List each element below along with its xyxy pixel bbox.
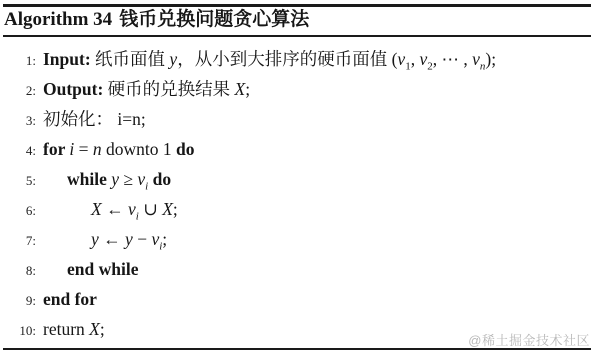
line-number: 9: bbox=[3, 286, 36, 316]
algorithm-box: Algorithm 34钱币兑换问题贪心算法 1:Input: 纸币面值 y，从… bbox=[3, 4, 591, 350]
algorithm-label: Algorithm 34 bbox=[4, 9, 112, 30]
line-content: X ← vi ∪ X; bbox=[43, 194, 178, 224]
line-number: 8: bbox=[3, 256, 36, 286]
line-content: end while bbox=[43, 254, 138, 284]
line-content: y ← y − vi; bbox=[43, 224, 167, 254]
line-number: 10: bbox=[3, 316, 36, 346]
algorithm-line-6: 6:X ← vi ∪ X; bbox=[3, 194, 591, 224]
algorithm-body: 1:Input: 纸币面值 y，从小到大排序的硬币面值 (v1, v2, ⋯ ,… bbox=[3, 37, 591, 350]
algorithm-line-9: 9:end for bbox=[3, 284, 591, 314]
algorithm-line-2: 2:Output: 硬币的兑换结果 X; bbox=[3, 74, 591, 104]
algorithm-line-5: 5:while y ≥ vi do bbox=[3, 164, 591, 194]
line-number: 4: bbox=[3, 136, 36, 166]
line-content: 初始化： i=n; bbox=[43, 104, 146, 134]
line-number: 2: bbox=[3, 76, 36, 106]
line-content: for i = n downto 1 do bbox=[43, 134, 195, 164]
line-number: 6: bbox=[3, 196, 36, 226]
line-number: 3: bbox=[3, 106, 36, 136]
algorithm-line-4: 4:for i = n downto 1 do bbox=[3, 134, 591, 164]
line-content: Output: 硬币的兑换结果 X; bbox=[43, 74, 250, 104]
algorithm-line-7: 7:y ← y − vi; bbox=[3, 224, 591, 254]
watermark: @稀土掘金技术社区 bbox=[468, 330, 590, 349]
algorithm-line-3: 3:初始化： i=n; bbox=[3, 104, 591, 134]
line-content: Input: 纸币面值 y，从小到大排序的硬币面值 (v1, v2, ⋯ , v… bbox=[43, 44, 496, 74]
algorithm-header: Algorithm 34钱币兑换问题贪心算法 bbox=[3, 4, 591, 37]
algorithm-line-1: 1:Input: 纸币面值 y，从小到大排序的硬币面值 (v1, v2, ⋯ ,… bbox=[3, 44, 591, 74]
line-content: return X; bbox=[43, 314, 105, 344]
line-number: 7: bbox=[3, 226, 36, 256]
algorithm-line-8: 8:end while bbox=[3, 254, 591, 284]
algorithm-title: 钱币兑换问题贪心算法 bbox=[119, 9, 309, 30]
line-content: while y ≥ vi do bbox=[43, 164, 171, 194]
algorithm-figure: Algorithm 34钱币兑换问题贪心算法 1:Input: 纸币面值 y，从… bbox=[0, 0, 595, 360]
line-number: 1: bbox=[3, 46, 36, 76]
line-content: end for bbox=[43, 284, 97, 314]
line-number: 5: bbox=[3, 166, 36, 196]
